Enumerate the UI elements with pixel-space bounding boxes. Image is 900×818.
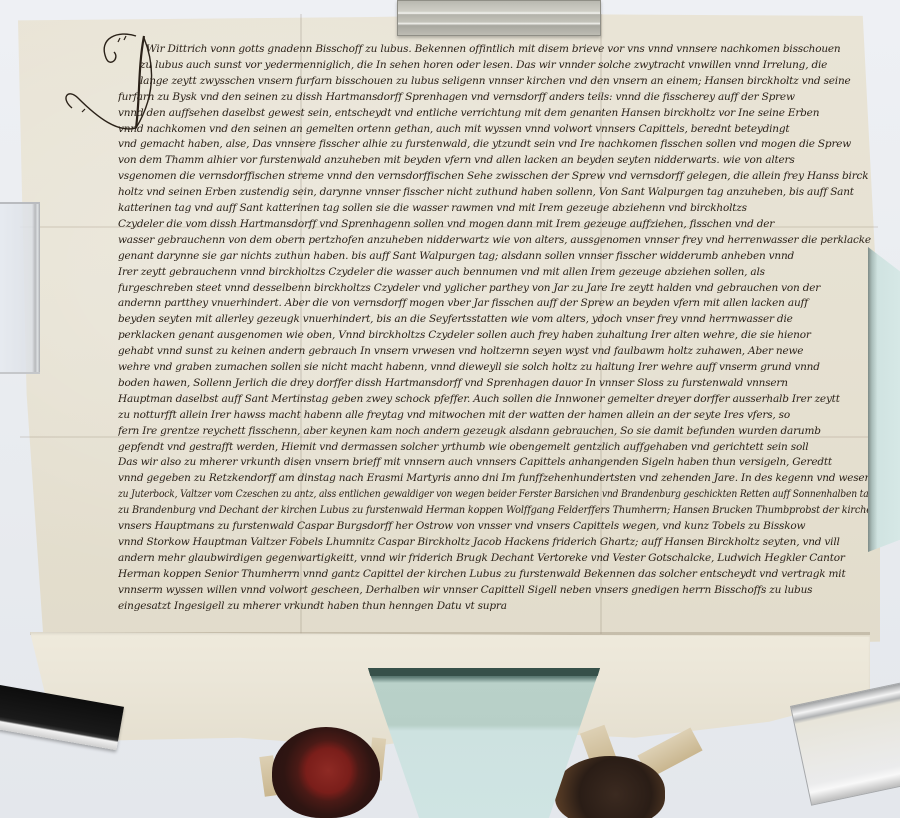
charter-line: vnnserm wyssen willen vnnd volwort gesch…: [118, 585, 878, 596]
charter-line: vsgenomen die vernsdorffischen streme vn…: [118, 171, 878, 182]
charter-line: furfarn zu Bysk vnd den seinen zu dissh …: [118, 92, 878, 103]
charter-line: genant darynne sie gar nichts zuthun hab…: [118, 251, 878, 262]
charter-line: holtz vnd seinen Erben zustendig sein, d…: [118, 187, 878, 198]
charter-line: perklacken genant ausgenomen wie oben, V…: [118, 330, 878, 341]
dark-wax-seal: [555, 756, 665, 818]
charter-line: zu Juterbock, Valtzer vom Czeschen zu an…: [118, 489, 781, 500]
glass-weight-top: [397, 0, 601, 36]
charter-line: furgeschreben steet vnnd desselbenn birc…: [118, 283, 878, 294]
red-wax-seal: [272, 727, 380, 818]
charter-line: Das wir also zu mherer vrkunth disen vns…: [118, 457, 878, 468]
charter-line: vnnd Storkow Hauptman Valtzer Fobels Lhu…: [118, 537, 878, 548]
charter-line: zu lubus auch sunst vor yedermenniglich,…: [140, 60, 878, 71]
glass-weight-edge: [368, 668, 600, 676]
charter-line: von dem Thamm alhier vor furstenwald anz…: [118, 155, 878, 166]
charter-line: wasser gebrauchenn von dem obern pertzho…: [118, 235, 878, 246]
glass-weight-right: [868, 247, 900, 552]
charter-line: beyden seyten mit allerley gezeugk vnuer…: [118, 314, 878, 325]
charter-line: vnnd nachkomen vnd den seinen an gemelte…: [118, 124, 878, 135]
charter-line: vnnd den auffsehen daselbst gewest sein,…: [118, 108, 878, 119]
charter-line: wehre vnd graben zumachen sollen sie nic…: [118, 362, 878, 373]
charter-line: zu notturfft allein Irer hawss macht hab…: [118, 410, 878, 421]
charter-line: andern mehr glaubwirdigen gegenwartigkei…: [118, 553, 878, 564]
charter-line: andernn partthey vnuerhindert. Aber die …: [118, 298, 878, 309]
charter-line: vnnd gegeben zu Retzkendorff am dinstag …: [118, 473, 878, 484]
charter-line: katterinen tag vnd auff Sant katterinen …: [118, 203, 878, 214]
charter-line: Herman koppen Senior Thumherrn vnnd gant…: [118, 569, 878, 580]
charter-line: boden hawen, Sollenn Jerlich die drey do…: [118, 378, 878, 389]
charter-line: vnd gemacht haben, alse, Das vnnsere fis…: [118, 139, 878, 150]
charter-line: fern Ire grentze reychett fisschenn, abe…: [118, 426, 878, 437]
charter-line: lange zeytt zwysschen vnsern furfarn bis…: [140, 76, 878, 87]
charter-line: vnsers Hauptmans zu furstenwald Caspar B…: [118, 521, 878, 532]
fold-crease: [20, 436, 878, 438]
charter-line: eingesatzt Ingesigell zu mherer vrkundt …: [118, 601, 558, 612]
charter-line: Czydeler die vom dissh Hartmansdorff vnd…: [118, 219, 878, 230]
charter-line: gehabt vnnd sunst zu keinen andern gebra…: [118, 346, 878, 357]
charter-line: gepfendt vnd gestrafft werden, Hiemit vn…: [118, 442, 878, 453]
charter-line: Hauptman daselbst auff Sant Mertinstag g…: [118, 394, 878, 405]
charter-line: zu Brandenburg vnd Dechant der kirchen L…: [118, 505, 823, 516]
charter-line: Wir Dittrich vonn gotts gnadenn Bisschof…: [146, 44, 878, 55]
glass-weight-left: [0, 202, 40, 374]
charter-line: Irer zeytt gebrauchenn vnnd birckholtzs …: [118, 267, 878, 278]
